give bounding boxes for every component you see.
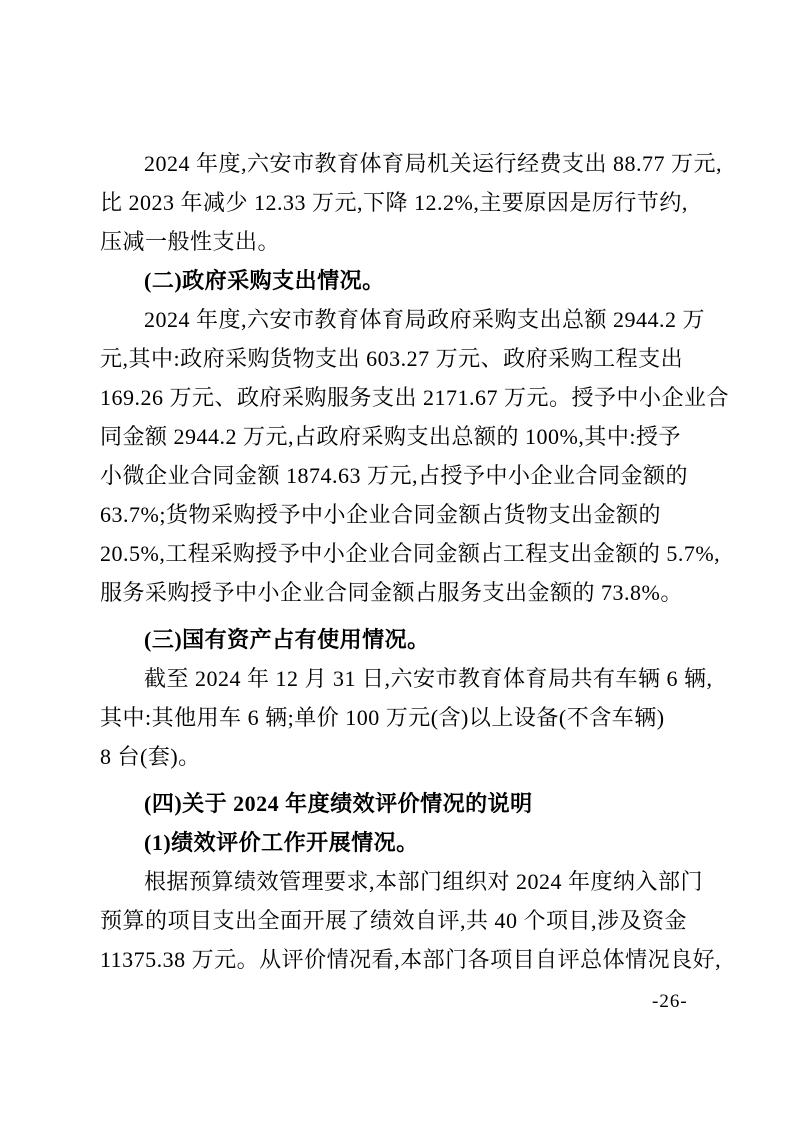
para-evaluation-line: 11375.38 万元。从评价情况看,本部门各项目自评总体情况良好, <box>100 940 696 979</box>
para-procurement-line: 20.5%,工程采购授予中小企业合同金额占工程支出金额的 5.7%, <box>100 534 696 573</box>
section-heading-assets: (三)国有资产占有使用情况。 <box>100 620 696 659</box>
document-body: 2024 年度,六安市教育体育局机关运行经费支出 88.77 万元, 比 202… <box>100 144 696 979</box>
para-assets-line: 截至 2024 年 12 月 31 日,六安市教育体育局共有车辆 6 辆, <box>100 659 696 698</box>
para-assets-line: 8 台(套)。 <box>100 737 696 776</box>
page-number: -26- <box>652 991 688 1013</box>
para-procurement-line: 63.7%;货物采购授予中小企业合同金额占货物支出金额的 <box>100 495 696 534</box>
para-operating-cost-line: 比 2023 年减少 12.33 万元,下降 12.2%,主要原因是厉行节约, <box>100 183 696 222</box>
para-operating-cost-line: 2024 年度,六安市教育体育局机关运行经费支出 88.77 万元, <box>100 144 696 183</box>
para-assets-line: 其中:其他用车 6 辆;单价 100 万元(含)以上设备(不含车辆) <box>100 698 696 737</box>
para-procurement-line: 服务采购授予中小企业合同金额占服务支出金额的 73.8%。 <box>100 573 696 612</box>
section-heading-procurement: (二)政府采购支出情况。 <box>100 261 696 300</box>
subsection-heading-evaluation: (1)绩效评价工作开展情况。 <box>100 823 696 862</box>
para-evaluation-line: 根据预算绩效管理要求,本部门组织对 2024 年度纳入部门 <box>100 862 696 901</box>
para-procurement-line: 元,其中:政府采购货物支出 603.27 万元、政府采购工程支出 <box>100 339 696 378</box>
para-operating-cost-line: 压减一般性支出。 <box>100 222 696 261</box>
para-evaluation-line: 预算的项目支出全面开展了绩效自评,共 40 个项目,涉及资金 <box>100 901 696 940</box>
para-procurement-line: 2024 年度,六安市教育体育局政府采购支出总额 2944.2 万 <box>100 300 696 339</box>
para-procurement-line: 小微企业合同金额 1874.63 万元,占授予中小企业合同金额的 <box>100 456 696 495</box>
section-heading-performance: (四)关于 2024 年度绩效评价情况的说明 <box>100 784 696 823</box>
para-procurement-line: 同金额 2944.2 万元,占政府采购支出总额的 100%,其中:授予 <box>100 417 696 456</box>
document-page: 2024 年度,六安市教育体育局机关运行经费支出 88.77 万元, 比 202… <box>0 0 793 1122</box>
para-procurement-line: 169.26 万元、政府采购服务支出 2171.67 万元。授予中小企业合 <box>100 378 696 417</box>
